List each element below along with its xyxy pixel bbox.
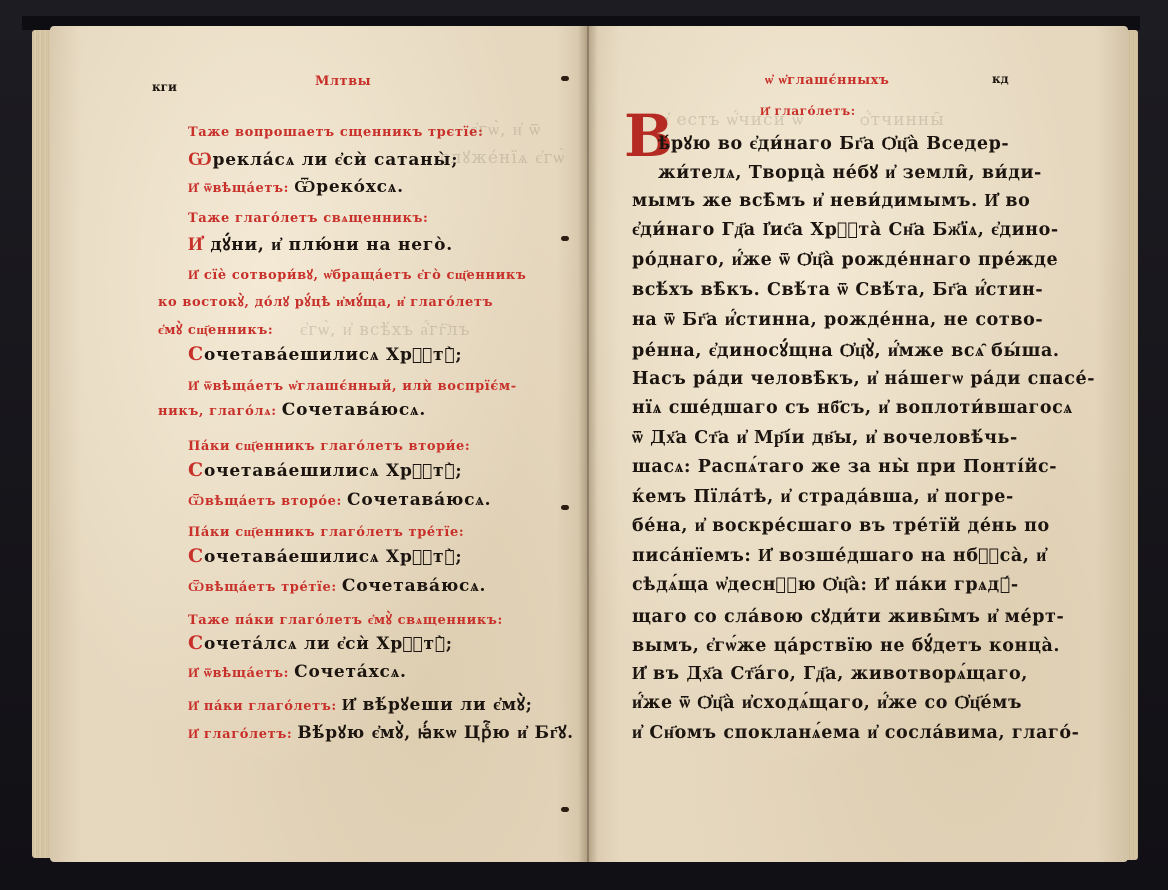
mixed-line: И҆ ѿвѣща́етъ: Сочета́хсѧ.	[188, 662, 407, 682]
rubric-line: є҆мꙋ̀ сщ҃енникъ:	[158, 320, 273, 338]
text-line: є҆ди́наго Гд҃а І҆ис҃а Хрⷭ҇та̀ Сн҃а Бж҃їѧ…	[632, 219, 1059, 240]
running-head-right: ѡ҆ ѡ҆глашє́нныхъ	[765, 72, 889, 88]
rubric-line: Таже па́ки глаго́летъ є҆мꙋ̀ свѧщенникъ:	[188, 610, 503, 628]
subheading: И҆ глаго́летъ:	[760, 104, 856, 119]
rubric-line: Таже глаго́летъ свѧщенникъ:	[188, 210, 428, 226]
text-line: щаго со сла́вою сꙋди́ти живы̑мъ и҆ ме́рт…	[632, 604, 1064, 628]
text-line: и҆ Сн҃омъ спокланѧ́ема и҆ сосла́вима, гл…	[632, 722, 1080, 743]
mixed-line: И҆ ѿвѣща́етъ: Ѿреко́хсѧ.	[188, 177, 404, 197]
show-through-text: слꙋже́нїѧ є҆гѡ̀	[440, 145, 565, 168]
text-line: шасѧ: Распѧ́таго же за ны̀ при Понті́йс-	[632, 456, 1057, 477]
show-through-text: є҆гѡ̀, и҆ всѣ́хъ а҆́гг҇лъ	[300, 320, 470, 340]
mixed-line: И҆ глаго́летъ: Вѣ́рꙋю є҆мꙋ̀, ꙗ҆́кѡ Црⷭ҇ю…	[188, 720, 574, 743]
text-line: и҆́же ѿ Ѻ҆ц҃а̀ и҆сходѧ́щаго, и҆́же со Ѻ҆…	[632, 692, 1022, 713]
text-line: Сочетава́ешилисѧ Хрⷭ҇тꙋ̀;	[188, 459, 462, 481]
text-line: Ѡрекла́сѧ ли є҆сѝ сатаны̀;	[188, 148, 458, 171]
binding-stitch	[561, 505, 569, 510]
binding-stitch	[561, 76, 569, 81]
text-line: бе́на, и҆ воскре́сшаго въ тре́тїй де́нь …	[632, 515, 1050, 536]
text-line: ро́днаго, и҆́же ѿ Ѻ҆ц҃а̀ рожде́ннаго пре…	[632, 249, 1058, 270]
text-line: Сочетава́ешилисѧ Хрⷭ҇тꙋ̀;	[188, 545, 462, 567]
text-line: на ѿ Бг҃а и҆́стинна, рожде́нна, не сотво…	[632, 309, 1043, 330]
text-line: писа́нїемъ: И҆ возше́дшаго на нбⷭ҇са̀, и…	[632, 545, 1047, 566]
text-line: ре́нна, є҆диносꙋ́щна Ѻ҆ц҃ꙋ̀, и҆́мже всѧ̑…	[632, 338, 1060, 362]
rubric-line: И҆ сїѐ сотвори́вꙋ, ѡ҆браща́етъ є҆го̀ сщ҃…	[188, 265, 526, 283]
text-line: Сочетава́ешилисѧ Хрⷭ҇тꙋ̀;	[188, 343, 462, 365]
book-gutter	[578, 26, 598, 862]
text-line: ѣ́рꙋю во є҆ди́наго Бг҃а Ѻ҆ц҃а̀ Вседер-	[658, 131, 1009, 155]
show-through-text: ѻ҆́тчинны̑	[860, 110, 945, 130]
text-line: ѿ Дх҃а Ст҃а и҆ Мр҃і́и дв҃ы, и҆ вочеловѣ́…	[632, 427, 1018, 448]
rubric-line: И҆ ѿвѣща́етъ ѡ҆глашє́нный, илѝ воспрїє́м…	[188, 378, 517, 394]
drop-cap-initial: В	[624, 107, 654, 165]
text-line: И҆ въ Дх҃а Ст҃а́го, Гд҃а, животворѧ́щаго…	[632, 663, 1028, 684]
rubric-line: Па́ки сщ҃енникъ глаго́летъ тре́тїе:	[188, 524, 464, 540]
text-line: Сочета́лсѧ ли є҆сѝ Хрⷭ҇тꙋ̀;	[188, 632, 453, 654]
mixed-line: Ѿвѣща́етъ тре́тїе: Сочетава́юсѧ.	[188, 576, 486, 596]
text-line: И҆ дꙋ́ни, и҆ плю́ни на него̀.	[188, 232, 453, 256]
text-line: всѣ́хъ вѣ̑къ. Свѣ́та ѿ Свѣ́та, Бг҃а и҆́с…	[632, 279, 1043, 300]
folio-number-left: кги	[152, 80, 177, 94]
text-line: Насъ ра́ди человѣ̑къ, и҆ на́шегѡ ра́ди с…	[632, 368, 1095, 389]
text-line: жи́телѧ, Творца̀ не́бꙋ и҆ земли̑, ви́ди-	[658, 160, 1042, 184]
text-line: вымъ, є҆гѡ́же ца́рствїю не бꙋ́детъ конца…	[632, 633, 1060, 657]
text-line: сѣдѧ́ща ѡ҆десн꙯ꙋю Ѻ҆ц҃а̀: И҆ па́ки грѧдꙋ…	[632, 574, 1019, 595]
rubric-line: ко востокꙋ̀, до́лꙋ рꙋ́цѣ и҆мꙋ́ща, и҆ гла…	[158, 292, 493, 310]
text-line: ќемъ Пїла́тѣ, и҆ страда́вша, и҆ погре-	[632, 486, 1014, 507]
running-head-left: Млтвы	[315, 74, 371, 89]
binding-stitch	[561, 807, 569, 812]
mixed-line: никъ, глаго́лѧ: Сочетава́юсѧ.	[158, 400, 426, 420]
mixed-line: Ѿвѣща́етъ второ́е: Сочетава́юсѧ.	[188, 490, 491, 510]
rubric-line: Па́ки сщ҃енникъ глаго́летъ втори́е:	[188, 438, 470, 454]
folio-number-right: кд	[992, 72, 1009, 86]
binding-stitch	[561, 236, 569, 241]
rubric-line: Таже вопрошаетъ сщенникъ трєтїе:	[188, 125, 483, 140]
text-line: мымъ же всѣ̑мъ и҆ неви́димымъ. И҆ во	[632, 190, 1030, 211]
mixed-line: И҆ па́ки глаго́летъ: И҆ вѣ́рꙋеши ли є҆мꙋ…	[188, 692, 533, 715]
red-initial: Ѡ	[188, 148, 213, 170]
text-line: нїѧ сше́дшаго съ нб҃съ, и҆ воплоти́вшаго…	[632, 397, 1073, 418]
